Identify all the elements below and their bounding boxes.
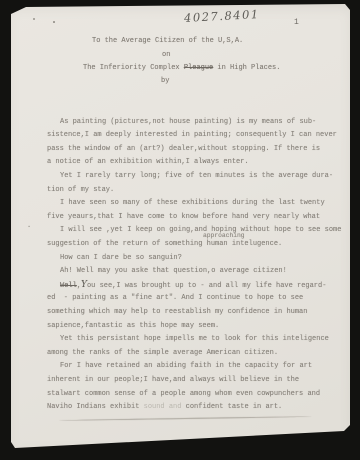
typed-line: For I have retained an abiding faith in …: [60, 362, 312, 370]
typed-text: ou see,I was brought up to - and all my …: [87, 282, 326, 290]
typed-text: The Inferiority Complex: [83, 64, 184, 72]
typed-text: stalwart common sense of a people among …: [47, 390, 320, 398]
typed-text: How can I dare be so sanguin?: [60, 254, 182, 262]
typed-text: tion of my stay.: [47, 186, 114, 194]
typed-text: sapience,fantastic as this hope may seem…: [47, 322, 219, 330]
typed-line: Ah! Well may you aske that question,o av…: [60, 267, 287, 275]
typed-line: a notice of an exhibition within,I alway…: [47, 158, 249, 166]
corrected-line: Well,You see,I was brought up to - and a…: [60, 281, 326, 290]
byline: by: [161, 77, 169, 85]
scanned-page: 4027.8401 1 To the Average Citizen of th…: [0, 0, 360, 460]
typed-text: Naviho Indians exhibit: [47, 403, 144, 411]
paper-speck: [53, 21, 55, 23]
typed-text: something which may help to reestablish …: [47, 308, 307, 316]
typed-text: a notice of an exhibition within,I alway…: [47, 158, 249, 166]
typed-text: by: [161, 77, 169, 85]
page-number: 1: [294, 18, 299, 27]
typed-line: How can I dare be so sanguin?: [60, 254, 182, 262]
typed-text: To the Average Citizen of the U,S,A.: [92, 37, 243, 45]
typed-line: tion of my stay.: [47, 186, 114, 194]
typed-text: in High Places.: [213, 64, 280, 72]
typed-line: ed - painting as a "fine art". And I con…: [47, 294, 303, 302]
typed-line: suggestion of the return of something hu…: [47, 240, 282, 248]
typed-line: Yet this persistant hope impells me to l…: [60, 335, 329, 343]
typed-text: suggestion of the return of something hu…: [47, 240, 282, 248]
typed-line: sistence,I am deeply interested in paint…: [47, 131, 337, 139]
typed-text: For I have retained an abiding faith in …: [60, 362, 312, 370]
inserted-word: approaching: [203, 232, 245, 240]
title-line-2: on: [162, 51, 170, 59]
typed-text: I will see ,yet I keep on going,and hopi…: [60, 226, 341, 234]
typed-line: sapience,fantastic as this hope may seem…: [47, 322, 219, 330]
typed-text: on: [162, 51, 170, 59]
typed-text: Yet this persistant hope impells me to l…: [60, 335, 329, 343]
paper-speck: [33, 18, 35, 20]
catalog-number-annotation: 4027.8401: [184, 7, 260, 25]
typed-text: inherent in our people;I have,and always…: [47, 376, 299, 384]
pencil-underline: [58, 416, 312, 421]
typed-line: I have seen so many of these exhibitions…: [60, 199, 325, 207]
typed-line: among the ranks of the simple average Am…: [47, 349, 278, 357]
typed-text: sistence,I am deeply interested in paint…: [47, 131, 337, 139]
typed-text: among the ranks of the simple average Am…: [47, 349, 278, 357]
struck-text: Pleague: [184, 64, 213, 72]
typed-text: I have seen so many of these exhibitions…: [60, 199, 325, 207]
typed-text: confident taste in art.: [181, 403, 282, 411]
typed-text: ed - painting as a "fine art". And I con…: [47, 294, 303, 302]
title-line-3: The Inferiority Complex Pleague in High …: [83, 64, 280, 72]
typed-text: Yet I rarely tarry long; five of ten min…: [60, 172, 333, 180]
margin-mark: .: [27, 222, 31, 230]
typed-line: five yeaurs,that I have come to know bef…: [47, 213, 320, 221]
typed-line: something which may help to reestablish …: [47, 308, 307, 316]
last-line: Naviho Indians exhibit sound and confide…: [47, 403, 282, 411]
typed-line: Yet I rarely tarry long; five of ten min…: [60, 172, 333, 180]
typed-text: Ah! Well may you aske that question,o av…: [60, 267, 287, 275]
typed-line: inherent in our people;I have,and always…: [47, 376, 299, 384]
typed-text: approaching: [203, 232, 245, 239]
typed-text: five yeaurs,that I have come to know bef…: [47, 213, 320, 221]
typed-line: I will see ,yet I keep on going,and hopi…: [60, 226, 341, 234]
typed-line: As painting (pictures,not house painting…: [60, 118, 316, 126]
faded-text: sound and: [144, 403, 182, 411]
struck-text: Well: [60, 282, 77, 290]
typed-text: pass the window of an (art?) dealer,with…: [47, 145, 320, 153]
title-line-1: To the Average Citizen of the U,S,A.: [92, 37, 243, 45]
typed-text: .: [27, 222, 31, 230]
typed-line: pass the window of an (art?) dealer,with…: [47, 145, 320, 153]
typed-text: As painting (pictures,not house painting…: [60, 118, 316, 126]
typed-line: stalwart common sense of a people among …: [47, 390, 320, 398]
